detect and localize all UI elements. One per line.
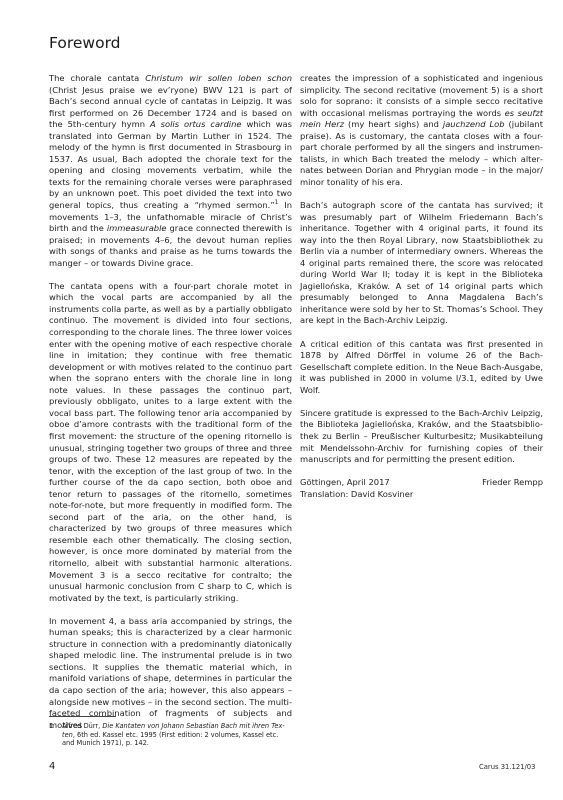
text-span: , 6th ed. Kassel etc. 1995 (First editio…: [62, 731, 278, 748]
left-column: The chorale cantata Christum wir sollen …: [49, 73, 292, 731]
text-span: which was trans­lated into German by Mar…: [49, 119, 292, 210]
page-number: 4: [49, 761, 55, 772]
footnote: 1 Alfred Dürr, Die Kantaten von Johann S…: [49, 722, 292, 748]
signature-block: Göttingen, April 2017 Frieder Rempp Tran…: [300, 477, 543, 500]
cantata-title-italic: Christum wir sollen loben schon: [145, 73, 292, 83]
catalog-number: Carus 31.121/03: [479, 763, 535, 771]
lyric-italic: jauchzend Lob: [443, 119, 505, 129]
text-span: The chorale cantata: [49, 73, 145, 83]
footnote-divider: [49, 716, 116, 717]
footnote-number: 1: [49, 722, 62, 748]
footnote-text: Alfred Dürr, Die Kantaten von Johann Seb…: [62, 722, 292, 748]
text-span: (jubilant praise). As is customary, the …: [300, 119, 543, 187]
paragraph-acknowledgements: Sincere gratitude is expressed to the Ba…: [300, 408, 543, 466]
paragraph-editions: A critical edition of this cantata was f…: [300, 339, 543, 397]
paragraph-intro: The chorale cantata Christum wir sollen …: [49, 73, 292, 269]
paragraph-movement-4: In movement 4, a bass aria accompanied b…: [49, 616, 292, 731]
text-span: (my heart sighs) and: [344, 119, 443, 129]
page-title: Foreword: [49, 34, 121, 52]
author-name: Frieder Rempp: [482, 477, 543, 489]
place-date: Göttingen, April 2017: [300, 477, 390, 489]
text-span: Alfred Dürr,: [62, 722, 102, 730]
signature-line: Göttingen, April 2017 Frieder Rempp: [300, 477, 543, 489]
paragraph-sources: Bach’s autograph score of the cantata ha…: [300, 200, 543, 327]
paragraph-movements-1-3: The cantata opens with a four-part chora…: [49, 281, 292, 604]
paragraph-movements-5-6: creates the impression of a sophisticate…: [300, 73, 543, 188]
right-column: creates the impression of a sophisticate…: [300, 73, 543, 500]
translator-credit: Translation: David Kosviner: [300, 489, 543, 501]
emphasis-italic: immeasurable: [107, 223, 167, 233]
hymn-title-italic: A solis ortus cardine: [150, 119, 242, 129]
